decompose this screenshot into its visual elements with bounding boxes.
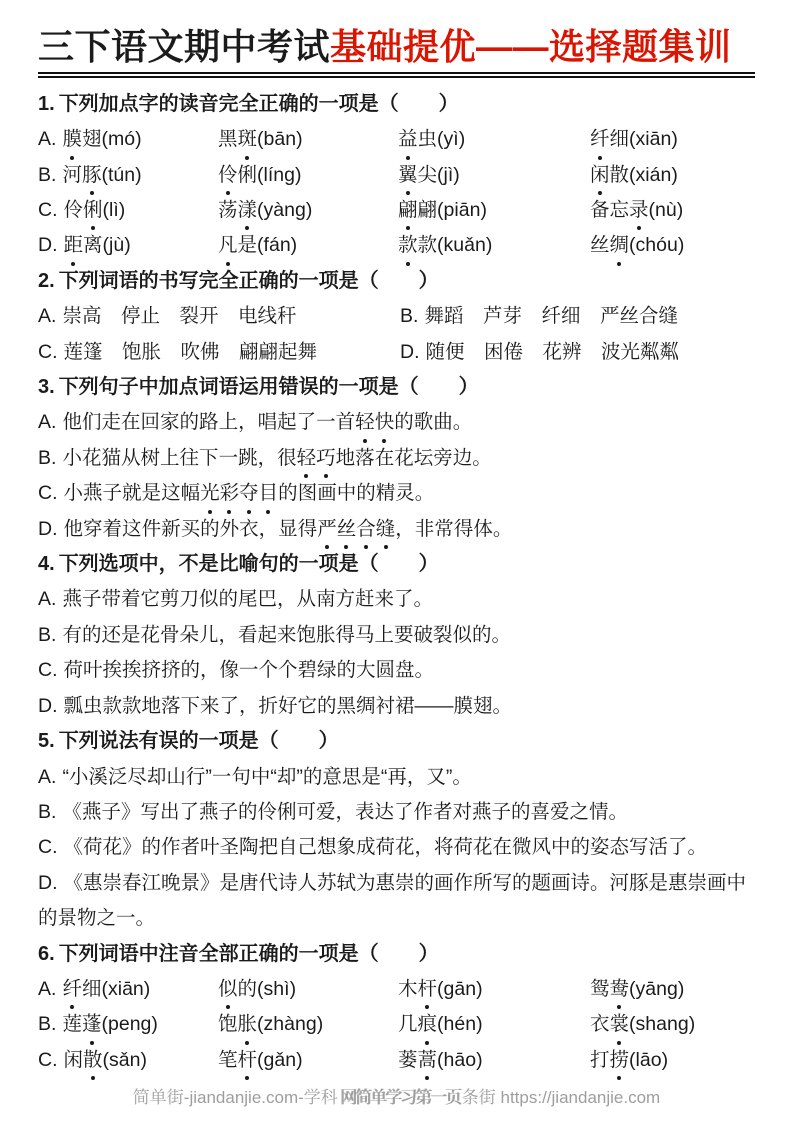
option-label: D. [38, 872, 58, 894]
option-word: 几痕(hén) [398, 1007, 590, 1042]
word-with-pinyin: 距离(jù) [64, 234, 131, 256]
word-with-pinyin: 几痕(hén) [398, 1013, 483, 1035]
word-list: 崇高 停止 裂开 电线秆 [62, 305, 296, 327]
option-row-c: C.闲散(sǎn) 笔杆(gǎn) 蒌蒿(hāo) 打捞(lāo) [38, 1043, 755, 1078]
question-stem: 1.下列加点字的读音完全正确的一项是（ ） [38, 87, 755, 122]
document-title: 三下语文期中考试基础提优——选择题集训 [38, 24, 755, 78]
option-sentence-b: B.《燕子》写出了燕子的伶俐可爱，表达了作者对燕子的喜爱之情。 [38, 795, 755, 830]
watermark-overlap: 网简单学习第一页 [340, 1088, 460, 1107]
question-stem: 2.下列词语的书写完全正确的一项是（ ） [38, 264, 755, 299]
question-stem-text: 下列词语的书写完全正确的一项是（ ） [59, 270, 439, 292]
question-number: 1. [38, 93, 55, 115]
question-stem: 4.下列选项中，不是比喻句的一项是（ ） [38, 547, 755, 582]
word-list: 莲篷 饱胀 吹佛 翩翩起舞 [64, 341, 318, 363]
option-words: C.莲篷 饱胀 吹佛 翩翩起舞 [38, 335, 400, 370]
option-word: 蒌蒿(hāo) [398, 1043, 590, 1078]
watermark: 简单街-jiandanjie.com-学科网简单学习第一页条街 https://… [0, 1088, 793, 1108]
word-with-pinyin: 膜翅(mó) [62, 128, 141, 150]
option-label: B. [38, 447, 56, 469]
question-stem-text: 下列词语中注音全部正确的一项是（ ） [59, 943, 439, 965]
word-with-pinyin: 纤细(xiān) [590, 128, 678, 150]
word-with-pinyin: 蒌蒿(hāo) [398, 1049, 483, 1071]
option-word: 似的(shì) [218, 972, 398, 1007]
word-with-pinyin: 河豚(tún) [62, 164, 141, 186]
option-label: C. [38, 482, 58, 504]
option-word: 木杆(gān) [398, 972, 590, 1007]
question-stem-text: 下列选项中，不是比喻句的一项是（ ） [59, 553, 439, 575]
word-with-pinyin: 鸳鸯(yāng) [590, 978, 684, 1000]
sentence-text: 《燕子》写出了燕子的伶俐可爱，表达了作者对燕子的喜爱之情。 [62, 801, 628, 823]
option-sentence-a: A.燕子带着它剪刀似的尾巴，从南方赶来了。 [38, 582, 755, 617]
option-label: A. [38, 411, 56, 433]
option-label: C. [38, 659, 58, 681]
option-label: C. [38, 341, 58, 363]
option-label: A. [38, 305, 56, 327]
question-2: 2.下列词语的书写完全正确的一项是（ ） A.崇高 停止 裂开 电线秆 B.舞蹈… [38, 264, 755, 370]
option-sentence-a: A.“小溪泛尽却山行”一句中“却”的意思是“再，又”。 [38, 760, 755, 795]
sentence-text: 小燕子就是这幅光彩夺目的图画中的精灵。 [64, 482, 435, 504]
word-with-pinyin: 闲散(xián) [590, 164, 678, 186]
option-words: D.随便 困倦 花辨 波光粼粼 [400, 335, 755, 370]
sentence-text: 瓢虫款款地落下来了，折好它的黑绸衬裙——膜翅。 [64, 695, 513, 717]
word-with-pinyin: 莲蓬(peng) [62, 1013, 157, 1035]
option-row-ab: A.崇高 停止 裂开 电线秆 B.舞蹈 芦芽 纤细 严丝合缝 [38, 299, 755, 334]
option-word: D.距离(jù) [38, 228, 218, 263]
option-word: 黑斑(bān) [218, 122, 398, 157]
word-with-pinyin: 益虫(yì) [398, 128, 465, 150]
worksheet-page: 三下语文期中考试基础提优——选择题集训 1.下列加点字的读音完全正确的一项是（ … [0, 0, 793, 1078]
option-label: D. [38, 695, 58, 717]
sentence-text: “小溪泛尽却山行”一句中“却”的意思是“再，又”。 [62, 766, 471, 788]
sentence-text: 《惠崇春江晚景》是唐代诗人苏轼为惠崇的画作所写的题画诗。河豚是惠崇画中的景物之一… [38, 872, 746, 929]
word-with-pinyin: 荡漾(yàng) [218, 199, 312, 221]
option-word: B.河豚(tún) [38, 158, 218, 193]
option-word: 衣裳(shang) [590, 1007, 755, 1042]
option-label: A. [38, 766, 56, 788]
option-word: 凡是(fán) [218, 228, 398, 263]
question-number: 5. [38, 730, 55, 752]
option-row-d: D.距离(jù) 凡是(fán) 款款(kuǎn) 丝绸(chóu) [38, 228, 755, 263]
sentence-text: 荷叶挨挨挤挤的，像一个个碧绿的大圆盘。 [64, 659, 435, 681]
option-label: A. [38, 588, 56, 610]
word-with-pinyin: 翼尖(jì) [398, 164, 460, 186]
question-1: 1.下列加点字的读音完全正确的一项是（ ） A.膜翅(mó) 黑斑(bān) 益… [38, 87, 755, 264]
option-sentence-d: D.瓢虫款款地落下来了，折好它的黑绸衬裙——膜翅。 [38, 689, 755, 724]
question-number: 2. [38, 270, 55, 292]
question-stem: 6.下列词语中注音全部正确的一项是（ ） [38, 937, 755, 972]
option-word: 翼尖(jì) [398, 158, 590, 193]
sentence-text: 燕子带着它剪刀似的尾巴，从南方赶来了。 [62, 588, 433, 610]
word-with-pinyin: 纤细(xiān) [62, 978, 150, 1000]
word-with-pinyin: 伶俐(líng) [218, 164, 302, 186]
option-word: 益虫(yì) [398, 122, 590, 157]
word-with-pinyin: 丝绸(chóu) [590, 234, 684, 256]
question-number: 3. [38, 376, 55, 398]
option-sentence-c: C.荷叶挨挨挤挤的，像一个个碧绿的大圆盘。 [38, 653, 755, 688]
option-sentence-d: D.他穿着这件新买的外衣，显得严丝合缝，非常得体。 [38, 512, 755, 547]
word-with-pinyin: 凡是(fán) [218, 234, 297, 256]
option-label: C. [38, 1049, 58, 1071]
word-with-pinyin: 笔杆(gǎn) [218, 1049, 303, 1071]
sentence-text: 小花猫从树上往下一跳，很轻巧地落在花坛旁边。 [62, 447, 491, 469]
option-words: B.舞蹈 芦芽 纤细 严丝合缝 [400, 299, 755, 334]
option-label: B. [38, 164, 56, 186]
option-label: B. [400, 305, 418, 327]
sentence-text: 他们走在回家的路上，唱起了一首轻快的歌曲。 [62, 411, 472, 433]
option-label: C. [38, 836, 58, 858]
option-word: C.闲散(sǎn) [38, 1043, 218, 1078]
question-stem: 3.下列句子中加点词语运用错误的一项是（ ） [38, 370, 755, 405]
question-stem-text: 下列加点字的读音完全正确的一项是（ ） [59, 93, 459, 115]
option-row-c: C.伶俐(lì) 荡漾(yàng) 翩翩(piān) 备忘录(nù) [38, 193, 755, 228]
option-label: D. [38, 518, 58, 540]
question-number: 6. [38, 943, 55, 965]
question-stem: 5.下列说法有误的一项是（ ） [38, 724, 755, 759]
question-5: 5.下列说法有误的一项是（ ） A.“小溪泛尽却山行”一句中“却”的意思是“再，… [38, 724, 755, 936]
watermark-left: 简单街-jiandanjie.com-学科 [133, 1088, 338, 1107]
option-row-b: B.河豚(tún) 伶俐(líng) 翼尖(jì) 闲散(xián) [38, 158, 755, 193]
option-word: C.伶俐(lì) [38, 193, 218, 228]
option-word: 荡漾(yàng) [218, 193, 398, 228]
question-6: 6.下列词语中注音全部正确的一项是（ ） A.纤细(xiān) 似的(shì) … [38, 937, 755, 1079]
title-black-part: 三下语文期中考试 [38, 26, 330, 67]
sentence-text: 有的还是花骨朵儿，看起来饱胀得马上要破裂似的。 [62, 624, 511, 646]
option-word: 纤细(xiān) [590, 122, 755, 157]
word-with-pinyin: 闲散(sǎn) [64, 1049, 148, 1071]
option-word: 备忘录(nù) [590, 193, 755, 228]
option-label: D. [400, 341, 420, 363]
option-sentence-b: B.有的还是花骨朵儿，看起来饱胀得马上要破裂似的。 [38, 618, 755, 653]
option-word: A.纤细(xiān) [38, 972, 218, 1007]
option-sentence-c: C.小燕子就是这幅光彩夺目的图画中的精灵。 [38, 476, 755, 511]
word-with-pinyin: 伶俐(lì) [64, 199, 126, 221]
option-row-a: A.膜翅(mó) 黑斑(bān) 益虫(yì) 纤细(xiān) [38, 122, 755, 157]
option-word: A.膜翅(mó) [38, 122, 218, 157]
sentence-text: 他穿着这件新买的外衣，显得严丝合缝，非常得体。 [64, 518, 513, 540]
option-sentence-b: B.小花猫从树上往下一跳，很轻巧地落在花坛旁边。 [38, 441, 755, 476]
option-word: 丝绸(chóu) [590, 228, 755, 263]
option-label: A. [38, 128, 56, 150]
option-label: B. [38, 624, 56, 646]
word-with-pinyin: 款款(kuǎn) [398, 234, 492, 256]
option-row-a: A.纤细(xiān) 似的(shì) 木杆(gān) 鸳鸯(yāng) [38, 972, 755, 1007]
option-word: 笔杆(gǎn) [218, 1043, 398, 1078]
question-number: 4. [38, 553, 55, 575]
word-with-pinyin: 木杆(gān) [398, 978, 483, 1000]
option-row-cd: C.莲篷 饱胀 吹佛 翩翩起舞 D.随便 困倦 花辨 波光粼粼 [38, 335, 755, 370]
option-label: C. [38, 199, 58, 221]
watermark-right: 条街 https://jiandanjie.com [462, 1088, 660, 1107]
question-stem-text: 下列句子中加点词语运用错误的一项是（ ） [59, 376, 479, 398]
option-label: D. [38, 234, 58, 256]
word-with-pinyin: 饱胀(zhàng) [218, 1013, 323, 1035]
option-word: 闲散(xián) [590, 158, 755, 193]
question-4: 4.下列选项中，不是比喻句的一项是（ ） A.燕子带着它剪刀似的尾巴，从南方赶来… [38, 547, 755, 724]
option-label: B. [38, 1013, 56, 1035]
title-red-part: 基础提优——选择题集训 [330, 26, 732, 67]
option-words: A.崇高 停止 裂开 电线秆 [38, 299, 400, 334]
word-with-pinyin: 衣裳(shang) [590, 1013, 695, 1035]
question-3: 3.下列句子中加点词语运用错误的一项是（ ） A.他们走在回家的路上，唱起了一首… [38, 370, 755, 547]
word-with-pinyin: 黑斑(bān) [218, 128, 303, 150]
sentence-text: 《荷花》的作者叶圣陶把自己想象成荷花，将荷花在微风中的姿态写活了。 [64, 836, 708, 858]
option-word: 打捞(lāo) [590, 1043, 755, 1078]
word-list: 随便 困倦 花辨 波光粼粼 [426, 341, 680, 363]
option-sentence-d: D.《惠崇春江晚景》是唐代诗人苏轼为惠崇的画作所写的题画诗。河豚是惠崇画中的景物… [38, 866, 755, 937]
option-word: 款款(kuǎn) [398, 228, 590, 263]
word-with-pinyin: 打捞(lāo) [590, 1049, 668, 1071]
option-word: 伶俐(líng) [218, 158, 398, 193]
word-with-pinyin: 似的(shì) [218, 978, 296, 1000]
option-sentence-c: C.《荷花》的作者叶圣陶把自己想象成荷花，将荷花在微风中的姿态写活了。 [38, 830, 755, 865]
option-row-b: B.莲蓬(peng) 饱胀(zhàng) 几痕(hén) 衣裳(shang) [38, 1007, 755, 1042]
option-word: B.莲蓬(peng) [38, 1007, 218, 1042]
word-list: 舞蹈 芦芽 纤细 严丝合缝 [424, 305, 678, 327]
word-with-pinyin: 备忘录(nù) [590, 199, 683, 221]
option-word: 鸳鸯(yāng) [590, 972, 755, 1007]
question-stem-text: 下列说法有误的一项是（ ） [59, 730, 339, 752]
option-word: 翩翩(piān) [398, 193, 590, 228]
word-with-pinyin: 翩翩(piān) [398, 199, 487, 221]
option-label: B. [38, 801, 56, 823]
option-label: A. [38, 978, 56, 1000]
option-word: 饱胀(zhàng) [218, 1007, 398, 1042]
option-sentence-a: A.他们走在回家的路上，唱起了一首轻快的歌曲。 [38, 405, 755, 440]
